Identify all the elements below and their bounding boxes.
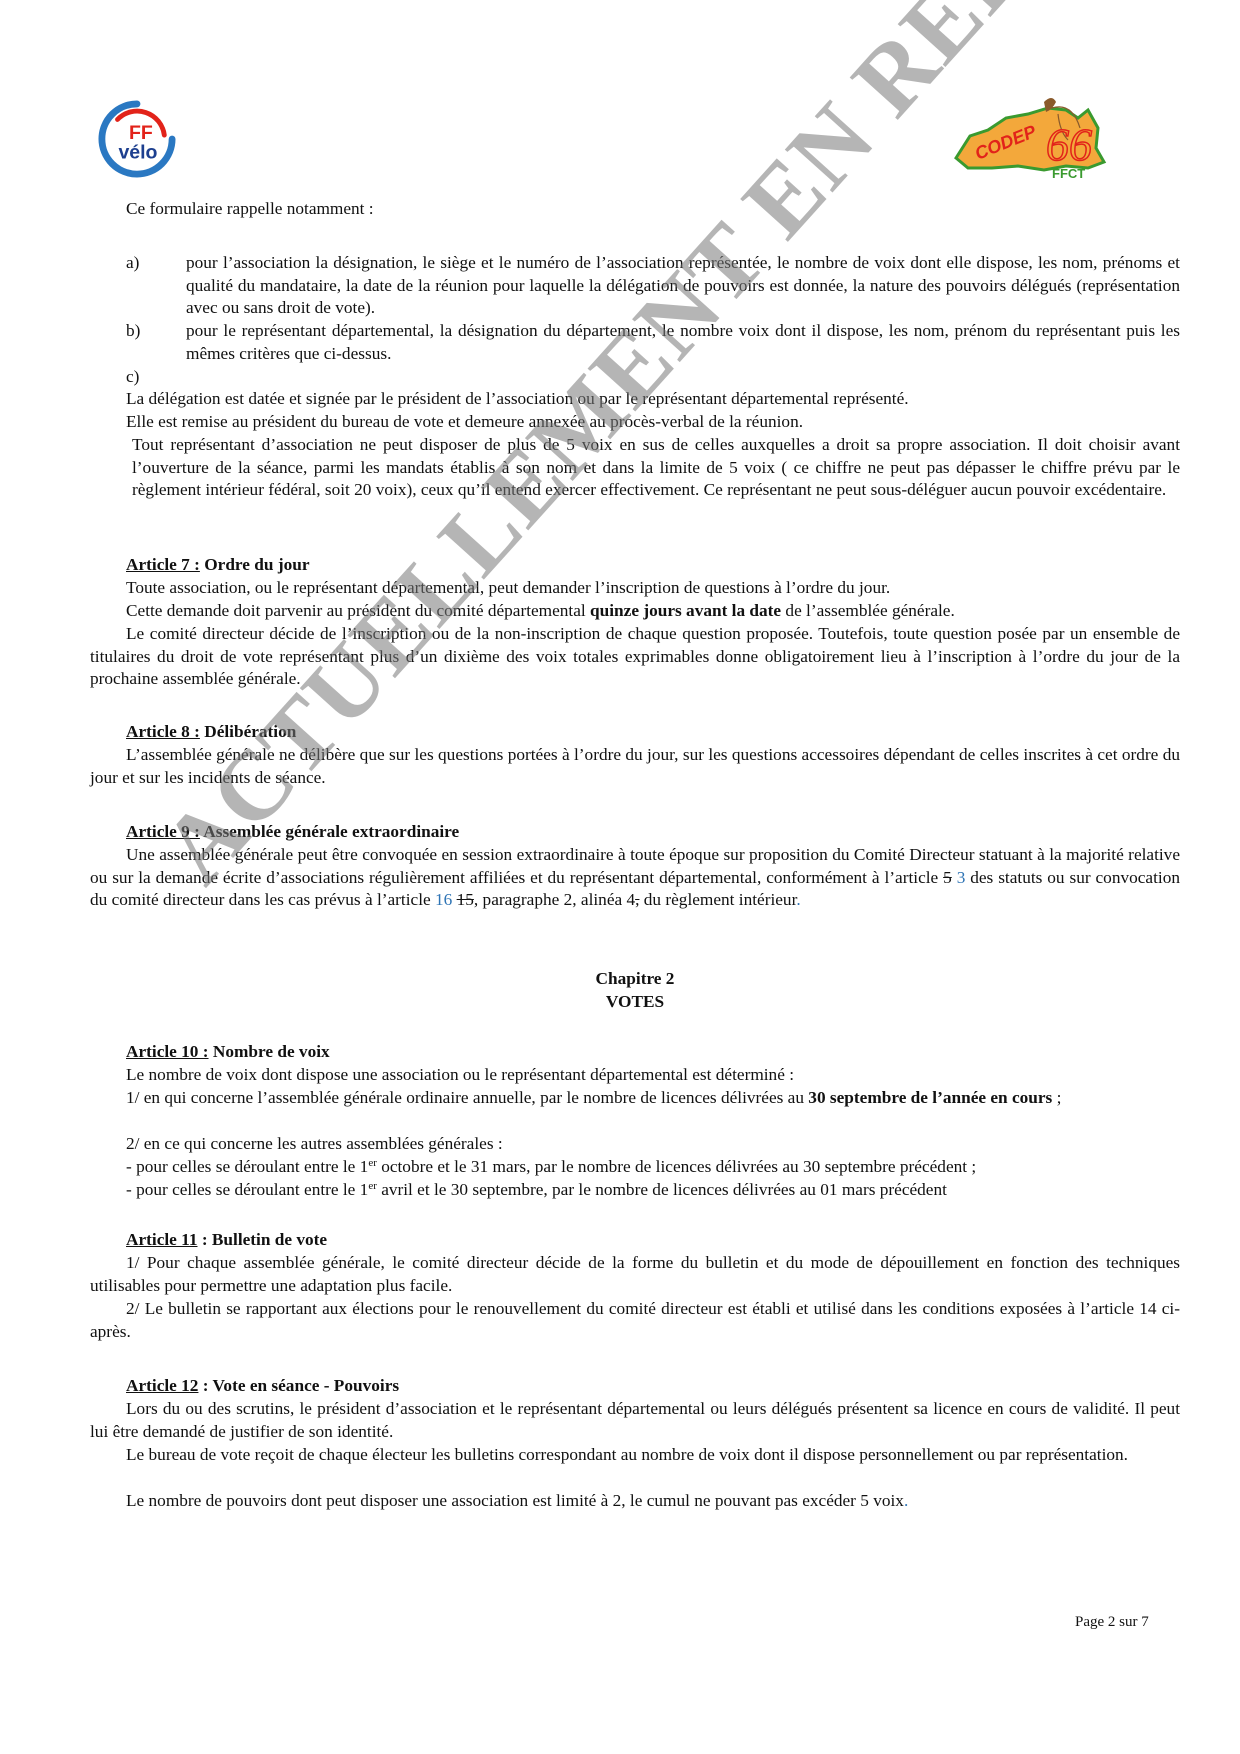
ffvelo-logo-icon: FF vélo — [98, 100, 176, 178]
article-7-heading: Article 7 : Ordre du jour — [126, 554, 310, 577]
article-9-p1: Une assemblée générale peut être convoqu… — [90, 844, 1180, 912]
article-11-p2: 2/ Le bulletin se rapportant aux électio… — [90, 1298, 1180, 1343]
svg-text:66: 66 — [1046, 119, 1092, 170]
article-12-p3: Le nombre de pouvoirs dont peut disposer… — [90, 1490, 1180, 1513]
article-8-p1: L’assemblée générale ne délibère que sur… — [90, 744, 1180, 789]
chapter-number: Chapitre 2 — [90, 968, 1180, 991]
article-12-p1: Lors du ou des scrutins, le président d’… — [90, 1398, 1180, 1443]
document-page: FF vélo CODEP 66 FFCT Ce formulaire rapp… — [0, 0, 1240, 1754]
svg-text:FFCT: FFCT — [1052, 166, 1085, 180]
article-7-p2: Cette demande doit parvenir au président… — [126, 600, 1216, 623]
article-10-p1: Le nombre de voix dont dispose une assoc… — [126, 1064, 1216, 1087]
article-11-p1: 1/ Pour chaque assemblée générale, le co… — [90, 1252, 1180, 1297]
article-12-heading: Article 12 : Vote en séance - Pouvoirs — [126, 1375, 399, 1398]
chapter-title: VOTES — [90, 991, 1180, 1014]
article-7-p1: Toute association, ou le représentant dé… — [126, 577, 1216, 600]
codep66-logo-icon: CODEP 66 FFCT — [948, 88, 1118, 180]
article-10-p3: 2/ en ce qui concerne les autres assembl… — [126, 1133, 1216, 1156]
inserted-text: . — [904, 1491, 908, 1510]
delegation-limit-text: Tout représentant d’association ne peut … — [132, 434, 1180, 502]
article-10-p2: 1/ en qui concerne l’assemblée générale … — [90, 1087, 1180, 1110]
intro-text: Ce formulaire rappelle notamment : — [126, 198, 1216, 221]
delegation-signed-text: La délégation est datée et signée par le… — [126, 388, 1216, 411]
article-10-p4: - pour celles se déroulant entre le 1er … — [126, 1156, 1216, 1179]
article-10-heading: Article 10 : Nombre de voix — [126, 1041, 330, 1064]
article-10-p5: - pour celles se déroulant entre le 1er … — [126, 1179, 1216, 1202]
article-7-p3: Le comité directeur décide de l’inscript… — [90, 623, 1180, 691]
article-8-heading: Article 8 : Délibération — [126, 721, 296, 744]
article-12-p2: Le bureau de vote reçoit de chaque élect… — [90, 1444, 1180, 1467]
article-11-heading: Article 11 : Bulletin de vote — [126, 1229, 327, 1252]
inserted-text: . — [796, 890, 800, 909]
delegation-annex-text: Elle est remise au président du bureau d… — [126, 411, 1216, 434]
page-number: Page 2 sur 7 — [1075, 1614, 1149, 1631]
deleted-text: 5 — [943, 868, 952, 887]
inserted-text: 16 — [435, 890, 452, 909]
deleted-text: 15 — [457, 890, 474, 909]
svg-text:vélo: vélo — [118, 142, 157, 164]
article-9-heading: Article 9 : Assemblée générale extraordi… — [126, 821, 459, 844]
